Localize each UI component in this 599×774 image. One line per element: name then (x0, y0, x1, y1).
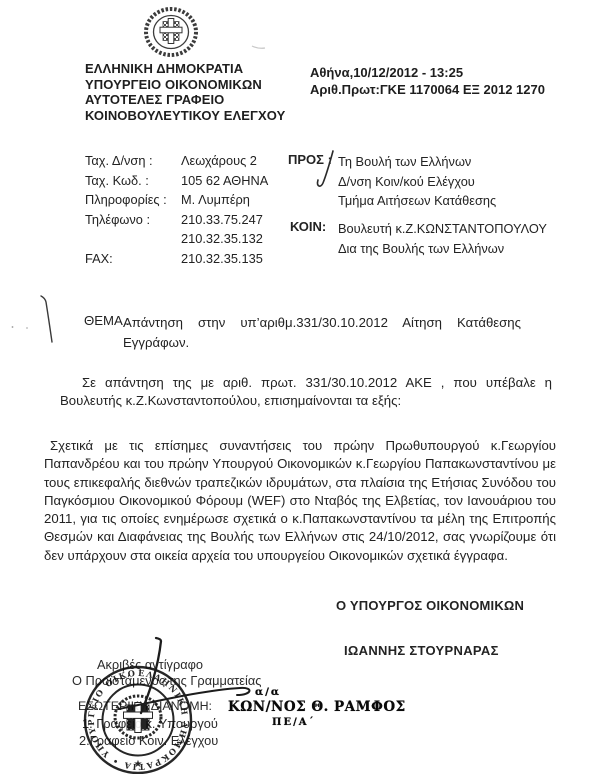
scan-dot (26, 327, 28, 329)
contact-row: Τηλέφωνο : 210.33.75.247 (85, 210, 268, 230)
contact-row: Πληροφορίες : Μ. Λυμπέρη (85, 190, 268, 210)
contact-row: FAX: 210.32.35.135 (85, 249, 268, 269)
signatory-name: ΙΩΑΝΝΗΣ ΣΤΟΥΡΝΑΡΑΣ (344, 643, 499, 658)
subject-text: Απάντηση στην υπ’αριθμ.331/30.10.2012 Αί… (123, 313, 521, 352)
contact-label: Πληροφορίες : (85, 190, 167, 210)
org-line: ΥΠΟΥΡΓΕΙΟ ΟΙΚΟΝΟΜΙΚΩΝ (85, 77, 285, 93)
body-paragraph-1: Σε απάντηση της με αριθ. πρωτ. 331/30.10… (60, 374, 552, 411)
contact-label: Ταχ. Δ/νση : (85, 151, 167, 171)
letterhead-org-block: ΕΛΛΗΝΙΚΗ ΔΗΜΟΚΡΑΤΙΑ ΥΠΟΥΡΓΕΙΟ ΟΙΚΟΝΟΜΙΚΩ… (85, 61, 285, 123)
org-line: ΕΛΛΗΝΙΚΗ ΔΗΜΟΚΡΑΤΙΑ (85, 61, 285, 77)
contact-label: Τηλέφωνο : (85, 210, 167, 230)
org-line: ΑΥΤΟΤΕΛΕΣ ΓΡΑΦΕΙΟ (85, 92, 285, 108)
to-block: Τη Βουλή των Ελλήνων Δ/νση Κοιν/κού Ελέγ… (338, 152, 496, 211)
to-line: Τμήμα Αιτήσεων Κατάθεσης (338, 191, 496, 211)
to-line: Τη Βουλή των Ελλήνων (338, 152, 496, 172)
acting-official-stamp: α/α ΚΩΝ/ΝΟΣ Θ. ΡΑΜΦΟΣ ΠΕ/Α΄ (228, 686, 358, 732)
scan-smudge-mark (252, 46, 265, 48)
scan-dot (12, 326, 14, 328)
stamp-star: ★ (134, 759, 143, 770)
city-date: Αθήνα,10/12/2012 - 13:25 (310, 64, 545, 81)
cc-label: ΚΟΙΝ: (290, 219, 326, 234)
contact-value: 210.33.75.247 (167, 210, 263, 230)
contact-row: Ταχ. Κωδ. : 105 62 ΑΘΗΝΑ (85, 171, 268, 191)
acting-name: ΚΩΝ/ΝΟΣ Θ. ΡΑΜΦΟΣ (228, 699, 406, 716)
signatory-title: Ο ΥΠΟΥΡΓΟΣ ΟΙΚΟΝΟΜΙΚΩΝ (336, 598, 524, 613)
date-protocol-block: Αθήνα,10/12/2012 - 13:25 Αριθ.Πρωτ:ΓΚΕ 1… (310, 64, 545, 98)
ministry-round-stamp-icon: ΕΛΛΗΝΙΚΗ ΔΗΜΟΚΡΑΤΙΑ • ΥΠΟΥΡΓΕΙΟ ΟΙΚΟΝΟΜΙ… (78, 662, 198, 774)
acting-abbrev: α/α (255, 686, 281, 698)
protocol-number: Αριθ.Πρωτ:ΓΚΕ 1170064 ΕΞ 2012 1270 (310, 81, 545, 98)
cc-block: Βουλευτή κ.Ζ.ΚΩΝΣΤΑΝΤΟΠΟΥΛΟΥ Δια της Βου… (338, 219, 547, 258)
acting-grade: ΠΕ/Α΄ (272, 717, 315, 728)
greek-coat-of-arms-icon (136, 4, 206, 60)
cc-line: Δια της Βουλής των Ελλήνων (338, 239, 547, 259)
contact-block: Ταχ. Δ/νση : Λεωχάρους 2 Ταχ. Κωδ. : 105… (85, 151, 268, 269)
handwritten-margin-mark (41, 296, 52, 342)
org-line: ΚΟΙΝΟΒΟΥΛΕΥΤΙΚΟΥ ΕΛΕΓΧΟΥ (85, 108, 285, 124)
contact-label: Ταχ. Κωδ. : (85, 171, 167, 191)
cc-line: Βουλευτή κ.Ζ.ΚΩΝΣΤΑΝΤΟΠΟΥΛΟΥ (338, 219, 547, 239)
contact-value: Μ. Λυμπέρη (167, 190, 250, 210)
contact-label (85, 229, 167, 249)
contact-value: Λεωχάρους 2 (167, 151, 257, 171)
to-line: Δ/νση Κοιν/κού Ελέγχου (338, 172, 496, 192)
contact-row: Ταχ. Δ/νση : Λεωχάρους 2 (85, 151, 268, 171)
contact-row: 210.32.35.132 (85, 229, 268, 249)
contact-value: 210.32.35.132 (167, 229, 263, 249)
contact-label: FAX: (85, 249, 167, 269)
body-paragraph-2: Σχετικά με τις επίσημες συναντήσεις του … (44, 437, 556, 565)
contact-value: 105 62 ΑΘΗΝΑ (167, 171, 268, 191)
to-label: ΠΡΟΣ : (288, 152, 332, 167)
contact-value: 210.32.35.135 (167, 249, 263, 269)
scanned-letter-page: ΕΛΛΗΝΙΚΗ ΔΗΜΟΚΡΑΤΙΑ ΥΠΟΥΡΓΕΙΟ ΟΙΚΟΝΟΜΙΚΩ… (0, 0, 599, 774)
